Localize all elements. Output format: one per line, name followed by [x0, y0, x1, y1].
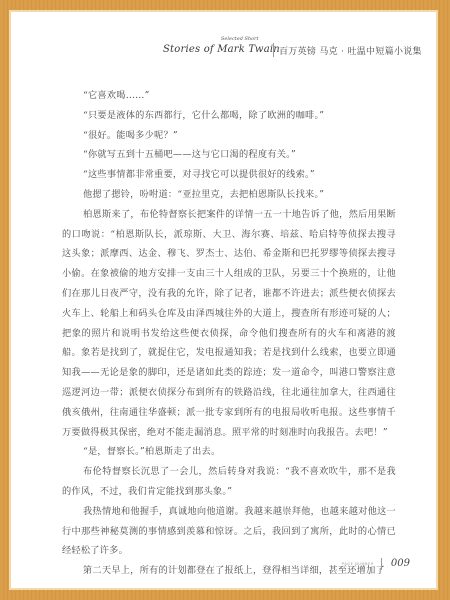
paragraph: 我热情地和他握手，真诚地向他道谢。我越来越崇拜他，也越来越对他这一行中那些神秘莫…: [62, 502, 396, 561]
paragraph: 他摁了摁铃，吩咐道：“亚拉里克，去把柏恩斯队长找来。”: [62, 185, 396, 205]
header-series-script: Stories of Mark Twain: [163, 44, 280, 55]
page-number: 009: [391, 558, 410, 569]
header-divider: [273, 43, 274, 57]
paragraph: “它喜欢喝……”: [62, 86, 396, 106]
paragraph: “这些事情都非常重要，对寻找它可以提供很好的线索。”: [62, 165, 396, 185]
body-text: “它喜欢喝……” “只要是液体的东西都行，它什么都喝，除了欧洲的咖啡。” “很好…: [62, 86, 396, 581]
footer-divider: [381, 558, 382, 570]
paragraph: “只要是液体的东西都行，它什么都喝，除了欧洲的咖啡。”: [62, 106, 396, 126]
page-footer: PAGE NUMBER 009: [296, 558, 416, 572]
paragraph: “是，督察长。”柏恩斯走了出去。: [62, 442, 396, 462]
paragraph: 柏恩斯来了，布伦特督察长把案件的详情一五一十地告诉了他，然后用果断的口吻说：“柏…: [62, 205, 396, 443]
header-series-superscript: Selected Short: [221, 36, 259, 42]
header-book-title: 百万英镑 马克 · 吐温中短篇小说集: [279, 44, 422, 57]
book-page: Selected Short Stories of Mark Twain 百万英…: [11, 12, 436, 588]
paragraph: “你就写五到十五桶吧——这与它口渴的程度有关。”: [62, 145, 396, 165]
paragraph: 布伦特督察长沉思了一会儿，然后转身对我说：“我不喜欢吹牛，那不是我的作风，不过，…: [62, 462, 396, 502]
paragraph: “很好。能喝多少呢？”: [62, 126, 396, 146]
page-number-label: PAGE NUMBER: [342, 562, 374, 566]
running-header: Selected Short Stories of Mark Twain 百万英…: [11, 42, 436, 62]
